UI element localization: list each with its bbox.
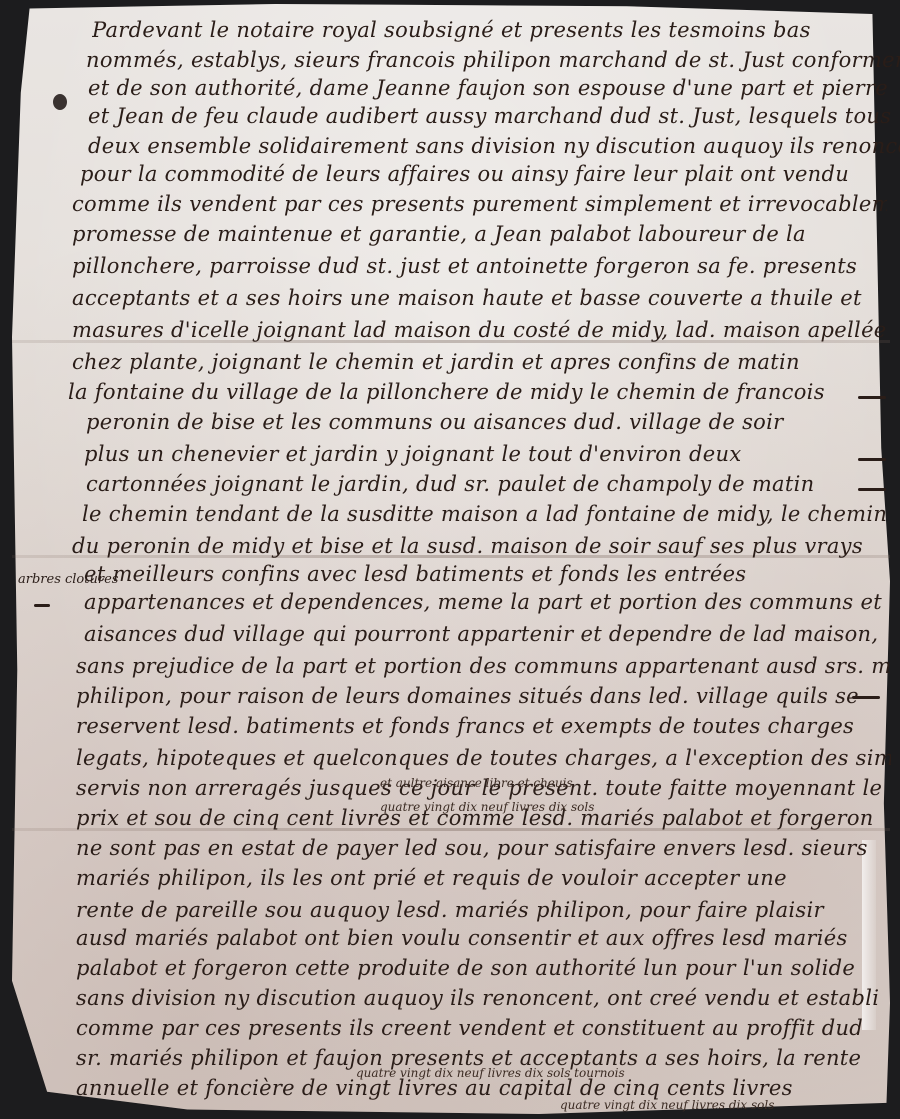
ink-blot [53, 94, 67, 110]
line-filler-dash [858, 396, 886, 399]
interlinear-note: quatre vingt dix neuf livres dix sols to… [356, 1066, 625, 1080]
text-line: comme par ces presents ils creent venden… [76, 1016, 891, 1040]
text-line: rente de pareille sou auquoy lesd. marié… [76, 898, 891, 922]
text-line: pour la commodité de leurs affaires ou a… [80, 162, 895, 186]
interlinear-note: quatre vingt dix neuf livres dix sols [380, 800, 594, 814]
text-line: le chemin tendant de la susditte maison … [82, 502, 897, 526]
line-filler-dash [858, 488, 886, 491]
text-line: philipon, pour raison de leurs domaines … [76, 684, 891, 708]
text-line: et de son authorité, dame Jeanne faujon … [88, 76, 900, 100]
text-line: ne sont pas en estat de payer led sou, p… [76, 836, 891, 860]
text-line: sans division ny discution auquoy ils re… [76, 986, 891, 1010]
text-line: aisances dud village qui pourront appart… [84, 622, 899, 646]
text-line: peronin de bise et les communs ou aisanc… [86, 410, 900, 434]
text-line: legats, hipoteques et quelconques de tou… [76, 746, 891, 770]
text-line: acceptants et a ses hoirs une maison hau… [72, 286, 887, 310]
text-line: masures d'icelle joignant lad maison du … [72, 318, 887, 342]
text-line: chez plante, joignant le chemin et jardi… [72, 350, 887, 374]
text-line: plus un chenevier et jardin y joignant l… [84, 442, 899, 466]
interlinear-note: quatre vingt dix neuf livres dix sols [560, 1098, 774, 1112]
text-line: et Jean de feu claude audibert aussy mar… [88, 104, 900, 128]
text-line: Pardevant le notaire royal soubsigné et … [92, 18, 900, 42]
text-line: promesse de maintenue et garantie, a Jea… [72, 222, 887, 246]
text-line: du peronin de midy et bise et la susd. m… [72, 534, 887, 558]
text-line: nommés, establys, sieurs francois philip… [86, 48, 900, 72]
text-line: reservent lesd. batiments et fonds franc… [76, 714, 891, 738]
text-line: cartonnées joignant le jardin, dud sr. p… [86, 472, 900, 496]
margin-note: arbres clotures [18, 572, 118, 587]
text-line: pillonchere, parroisse dud st. just et a… [72, 254, 887, 278]
interlinear-note: et aultre aisance libre et cheuis [380, 776, 573, 790]
line-filler-dash [858, 458, 886, 461]
text-line: mariés philipon, ils les ont prié et req… [76, 866, 891, 890]
line-filler-dash [852, 696, 880, 699]
text-line: sans prejudice de la part et portion des… [76, 654, 891, 678]
text-line: comme ils vendent par ces presents purem… [72, 192, 887, 216]
text-line: palabot et forgeron cette produite de so… [76, 956, 891, 980]
text-line: deux ensemble solidairement sans divisio… [88, 134, 900, 158]
text-line: ausd mariés palabot ont bien voulu conse… [76, 926, 891, 950]
text-line: et meilleurs confins avec lesd batiments… [84, 562, 899, 586]
insertion-mark [34, 604, 50, 607]
text-line: la fontaine du village de la pillonchere… [68, 380, 883, 404]
text-line: appartenances et dependences, meme la pa… [84, 590, 899, 614]
